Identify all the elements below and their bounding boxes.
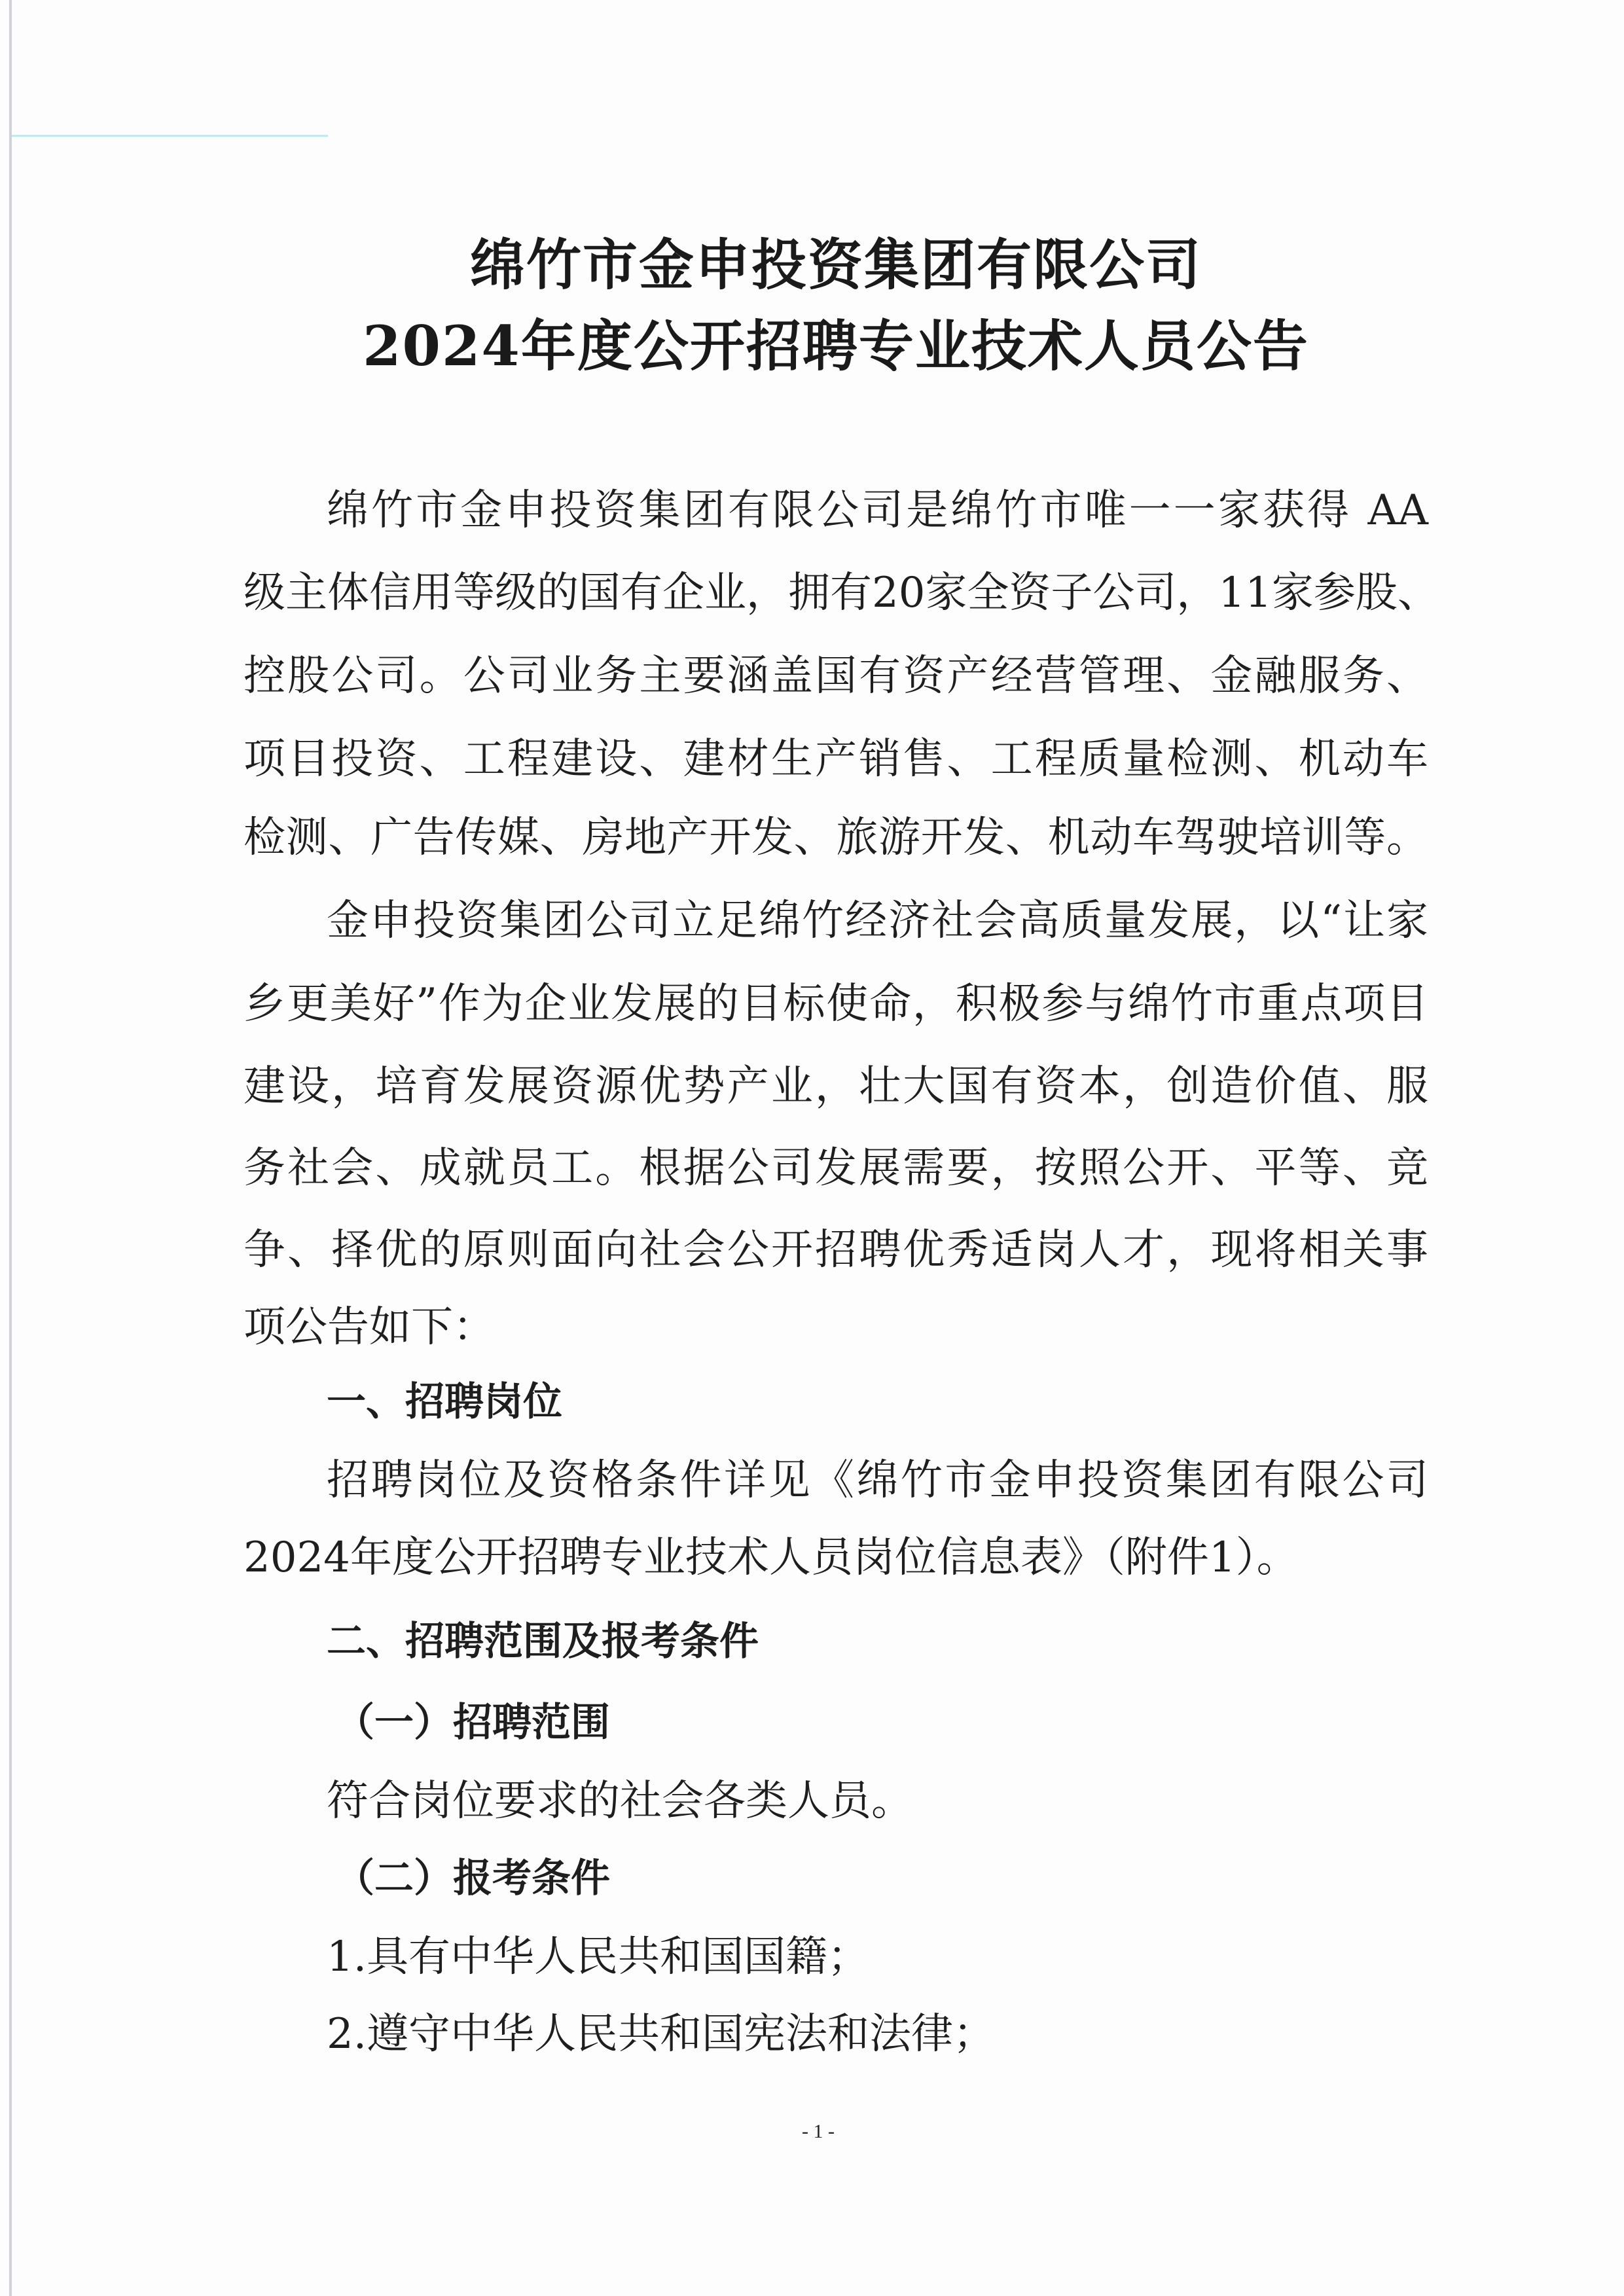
intro-line-3: 控股公司。公司业务主要涵盖国有资产经营管理、金融服务、 (244, 650, 1428, 702)
subsection-heading-scope: （一）招聘范围 (335, 1696, 610, 1749)
mission-line-1: 金申投资集团公司立足绵竹经济社会高质量发展，以“让家 (327, 895, 1428, 947)
scan-artifact-line (12, 135, 328, 137)
mission-line-5: 争、择优的原则面向社会公开招聘优秀适岗人才，现将相关事 (244, 1224, 1428, 1276)
intro-line-2: 级主体信用等级的国有企业，拥有20家全资子公司，11家参股、 (244, 567, 1428, 619)
section-heading-scope-conditions: 二、招聘范围及报考条件 (327, 1615, 759, 1668)
section-heading-positions: 一、招聘岗位 (327, 1376, 562, 1428)
condition-item-2: 2.遵守中华人民共和国宪法和法律； (327, 2008, 995, 2060)
document-title-line-1: 绵竹市金申投资集团有限公司 (244, 221, 1428, 300)
document-title-line-2: 2024年度公开招聘专业技术人员公告 (244, 302, 1428, 382)
mission-line-6: 项公告如下： (244, 1301, 495, 1354)
mission-line-3: 建设，培育发展资源优势产业，壮大国有资本，创造价值、服 (244, 1060, 1428, 1113)
positions-line-1: 招聘岗位及资格条件详见《绵竹市金申投资集团有限公司 (327, 1454, 1428, 1507)
mission-line-2: 乡更美好”作为企业发展的目标使命，积极参与绵竹市重点项目 (244, 978, 1428, 1030)
intro-line-4: 项目投资、工程建设、建材生产销售、工程质量检测、机动车 (244, 733, 1428, 785)
condition-item-1: 1.具有中华人民共和国国籍； (327, 1931, 869, 1983)
page-number: - 1 - (720, 2121, 916, 2143)
intro-line-1: 绵竹市金申投资集团有限公司是绵竹市唯一一家获得 AA (327, 484, 1428, 537)
mission-line-4: 务社会、成就员工。根据公司发展需要，按照公开、平等、竞 (244, 1142, 1428, 1194)
scope-line-1: 符合岗位要求的社会各类人员。 (327, 1775, 913, 1827)
intro-line-5: 检测、广告传媒、房地产开发、旅游开发、机动车驾驶培训等。 (244, 812, 1428, 864)
subsection-heading-conditions: （二）报考条件 (335, 1852, 610, 1905)
positions-line-2: 2024年度公开招聘专业技术人员岗位信息表》（附件1）。 (244, 1532, 1299, 1584)
scan-edge (9, 0, 12, 2296)
